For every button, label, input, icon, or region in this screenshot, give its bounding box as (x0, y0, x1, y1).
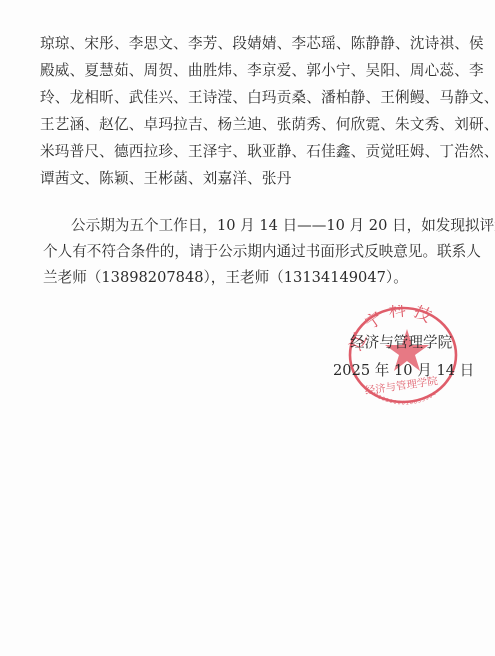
notice-line: 兰老师（13898207848），王老师（13134149047）。 (43, 265, 463, 291)
name-list-line: 玲、龙相昕、武佳兴、王诗滢、白玛贡桑、潘柏静、王俐鳗、马静文、 (40, 84, 450, 111)
notice-line: 公示期为五个工作日，10 月 14 日——10 月 20 日，如发现拟评选 (43, 213, 463, 239)
name-list-line: 琼琼、宋彤、李思文、李芳、段婧婧、李芯瑶、陈静静、沈诗祺、侯 (40, 30, 450, 57)
document-page: 琼琼、宋彤、李思文、李芳、段婧婧、李芯瑶、陈静静、沈诗祺、侯 殿威、夏慧茹、周贺… (0, 0, 495, 656)
publicity-notice-paragraph: 公示期为五个工作日，10 月 14 日——10 月 20 日，如发现拟评选 个人… (43, 213, 463, 291)
name-list-line: 殿威、夏慧茹、周贺、曲胜炜、李京爱、郭小宁、吴阳、周心蕊、李 (40, 57, 450, 84)
issue-date: 2025 年 10 月 14 日 (333, 358, 474, 384)
name-list-line: 王艺涵、赵亿、卓玛拉吉、杨兰迪、张荫秀、何欣霓、朱文秀、刘研、 (40, 111, 450, 138)
name-list-line: 米玛普尺、德西拉珍、王泽宇、耿亚静、石佳鑫、贡觉旺姆、丁浩然、 (40, 138, 450, 165)
name-list-line: 谭茜文、陈颖、王彬菡、刘嘉洋、张丹 (40, 165, 450, 192)
awardee-name-list: 琼琼、宋彤、李思文、李芳、段婧婧、李芯瑶、陈静静、沈诗祺、侯 殿威、夏慧茹、周贺… (40, 30, 450, 192)
notice-line: 个人有不符合条件的，请于公示期内通过书面形式反映意见。联系人 (43, 239, 463, 265)
issuing-organization: 经济与管理学院 (350, 330, 452, 356)
